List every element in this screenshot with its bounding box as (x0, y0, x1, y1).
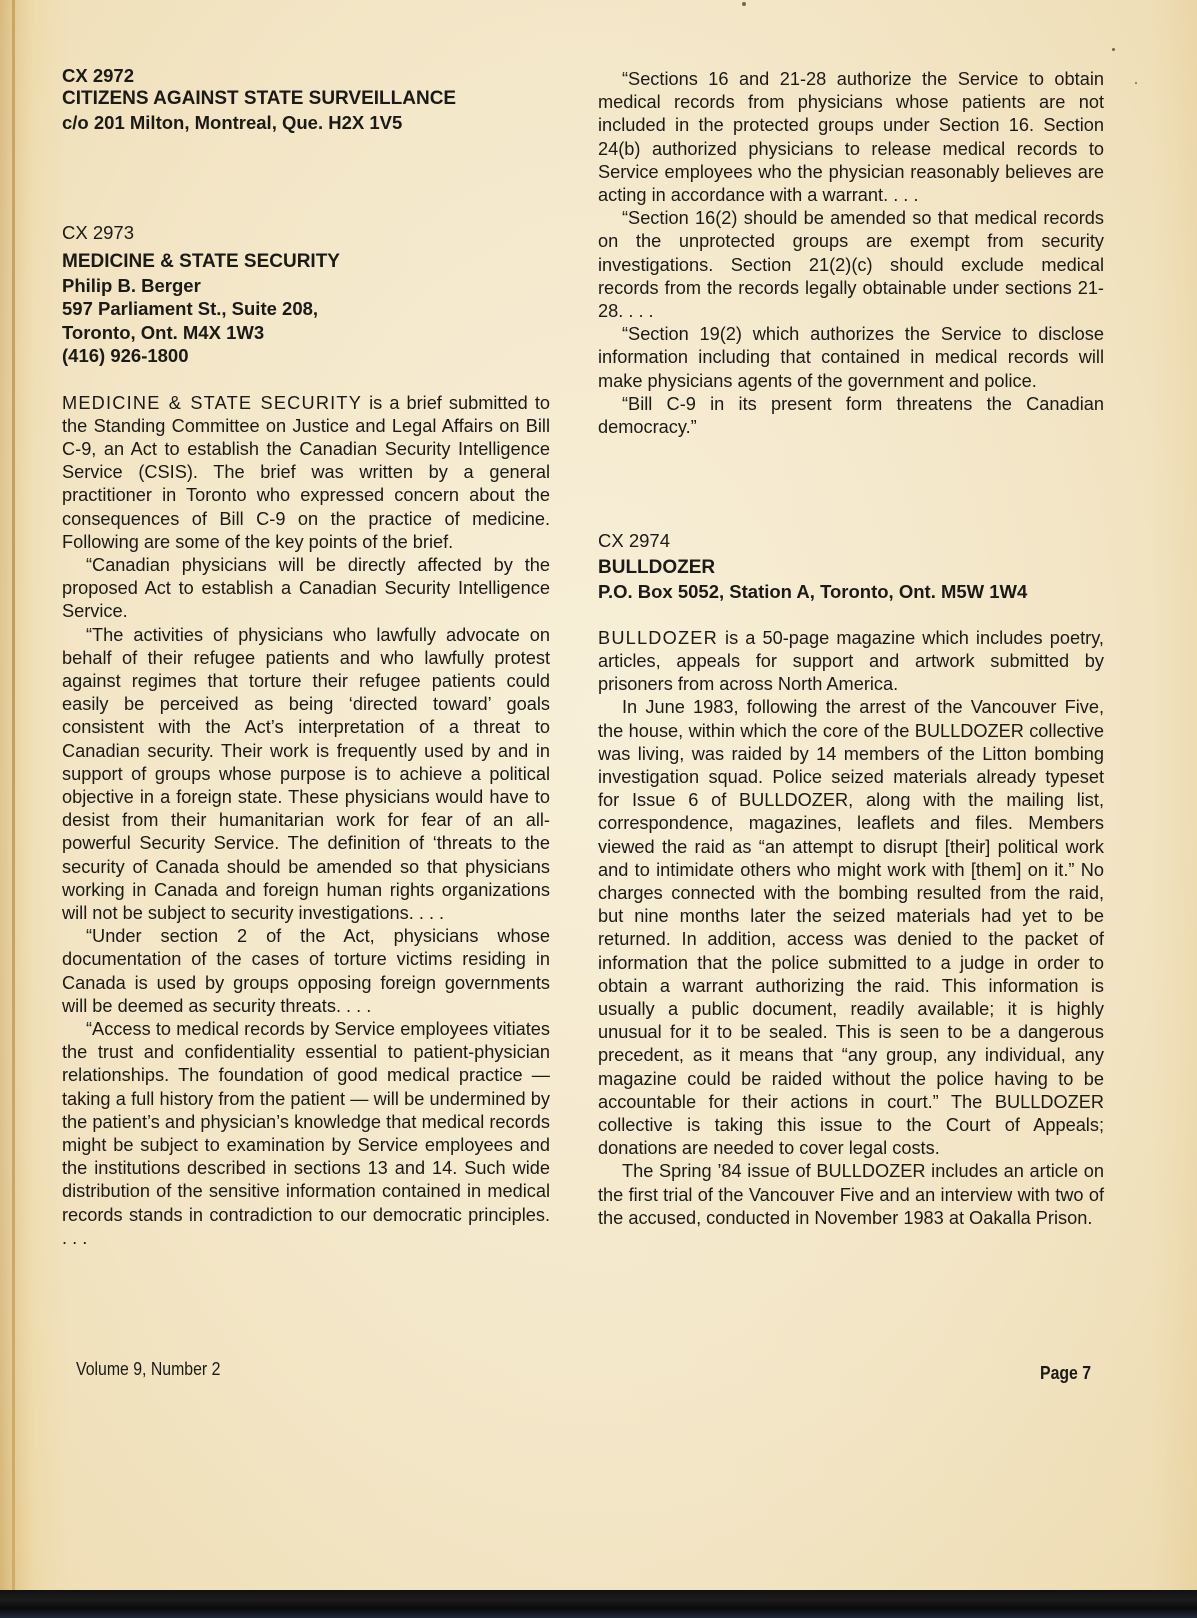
body-paragraph: In June 1983, following the arrest of th… (598, 696, 1104, 1160)
body-paragraph: BULLDOZER is a 50-page magazine which in… (598, 627, 1104, 697)
body-paragraph: “Sections 16 and 21-28 authorize the Ser… (598, 68, 1104, 207)
magazine-page: CX 2972 CITIZENS AGAINST STATE SURVEILLA… (0, 0, 1197, 1590)
left-column: CX 2972 CITIZENS AGAINST STATE SURVEILLA… (62, 64, 550, 1250)
paper-speck (742, 2, 746, 6)
page-spine-shadow (12, 0, 15, 1590)
entry-phone: (416) 926-1800 (62, 344, 550, 368)
paper-speck (1112, 48, 1115, 51)
entry-cx-2972: CX 2972 CITIZENS AGAINST STATE SURVEILLA… (62, 64, 550, 135)
paragraph-text: is a brief submitted to the Standing Com… (62, 393, 550, 552)
entry-title: BULLDOZER (598, 556, 1104, 580)
entry-id: CX 2974 (598, 529, 1104, 552)
entry-cx-2974: CX 2974 BULLDOZER P.O. Box 5052, Station… (598, 529, 1104, 1230)
paper-speck (1135, 82, 1137, 84)
lead-caps: BULLDOZER (598, 628, 718, 648)
right-column: “Sections 16 and 21-28 authorize the Ser… (598, 68, 1104, 1230)
scan-bottom-edge (0, 1590, 1197, 1618)
entry-title: MEDICINE & STATE SECURITY (62, 250, 550, 274)
body-paragraph: The Spring ’84 issue of BULLDOZER includ… (598, 1160, 1104, 1230)
body-paragraph: “Canadian physicians will be directly af… (62, 554, 550, 624)
body-paragraph: “The activities of physicians who lawful… (62, 624, 550, 926)
entry-address-street: 597 Parliament St., Suite 208, (62, 297, 550, 321)
entry-cx-2973: CX 2973 MEDICINE & STATE SECURITY Philip… (62, 221, 550, 1251)
body-paragraph: “Section 19(2) which authorizes the Serv… (598, 323, 1104, 393)
body-paragraph: “Under section 2 of the Act, physicians … (62, 925, 550, 1018)
footer-page-number: Page 7 (1040, 1362, 1091, 1384)
lead-caps: MEDICINE & STATE SECURITY (62, 393, 362, 413)
body-paragraph: “Bill C-9 in its present form threatens … (598, 393, 1104, 439)
entry-body: BULLDOZER is a 50-page magazine which in… (598, 627, 1104, 1230)
entry-id: CX 2972 (62, 64, 550, 87)
body-paragraph: “Section 16(2) should be amended so that… (598, 207, 1104, 323)
entry-cx-2973-continued: “Sections 16 and 21-28 authorize the Ser… (598, 68, 1104, 439)
entry-address: c/o 201 Milton, Montreal, Que. H2X 1V5 (62, 111, 550, 135)
entry-address-city: Toronto, Ont. M4X 1W3 (62, 321, 550, 345)
entry-body: MEDICINE & STATE SECURITY is a brief sub… (62, 392, 550, 1251)
entry-address: P.O. Box 5052, Station A, Toronto, Ont. … (598, 580, 1104, 604)
entry-id: CX 2973 (62, 221, 550, 244)
body-paragraph: MEDICINE & STATE SECURITY is a brief sub… (62, 392, 550, 554)
entry-contact-name: Philip B. Berger (62, 274, 550, 298)
footer-volume: Volume 9, Number 2 (76, 1358, 220, 1380)
body-paragraph: “Access to medical records by Service em… (62, 1018, 550, 1250)
entry-title: CITIZENS AGAINST STATE SURVEILLANCE (62, 87, 550, 111)
